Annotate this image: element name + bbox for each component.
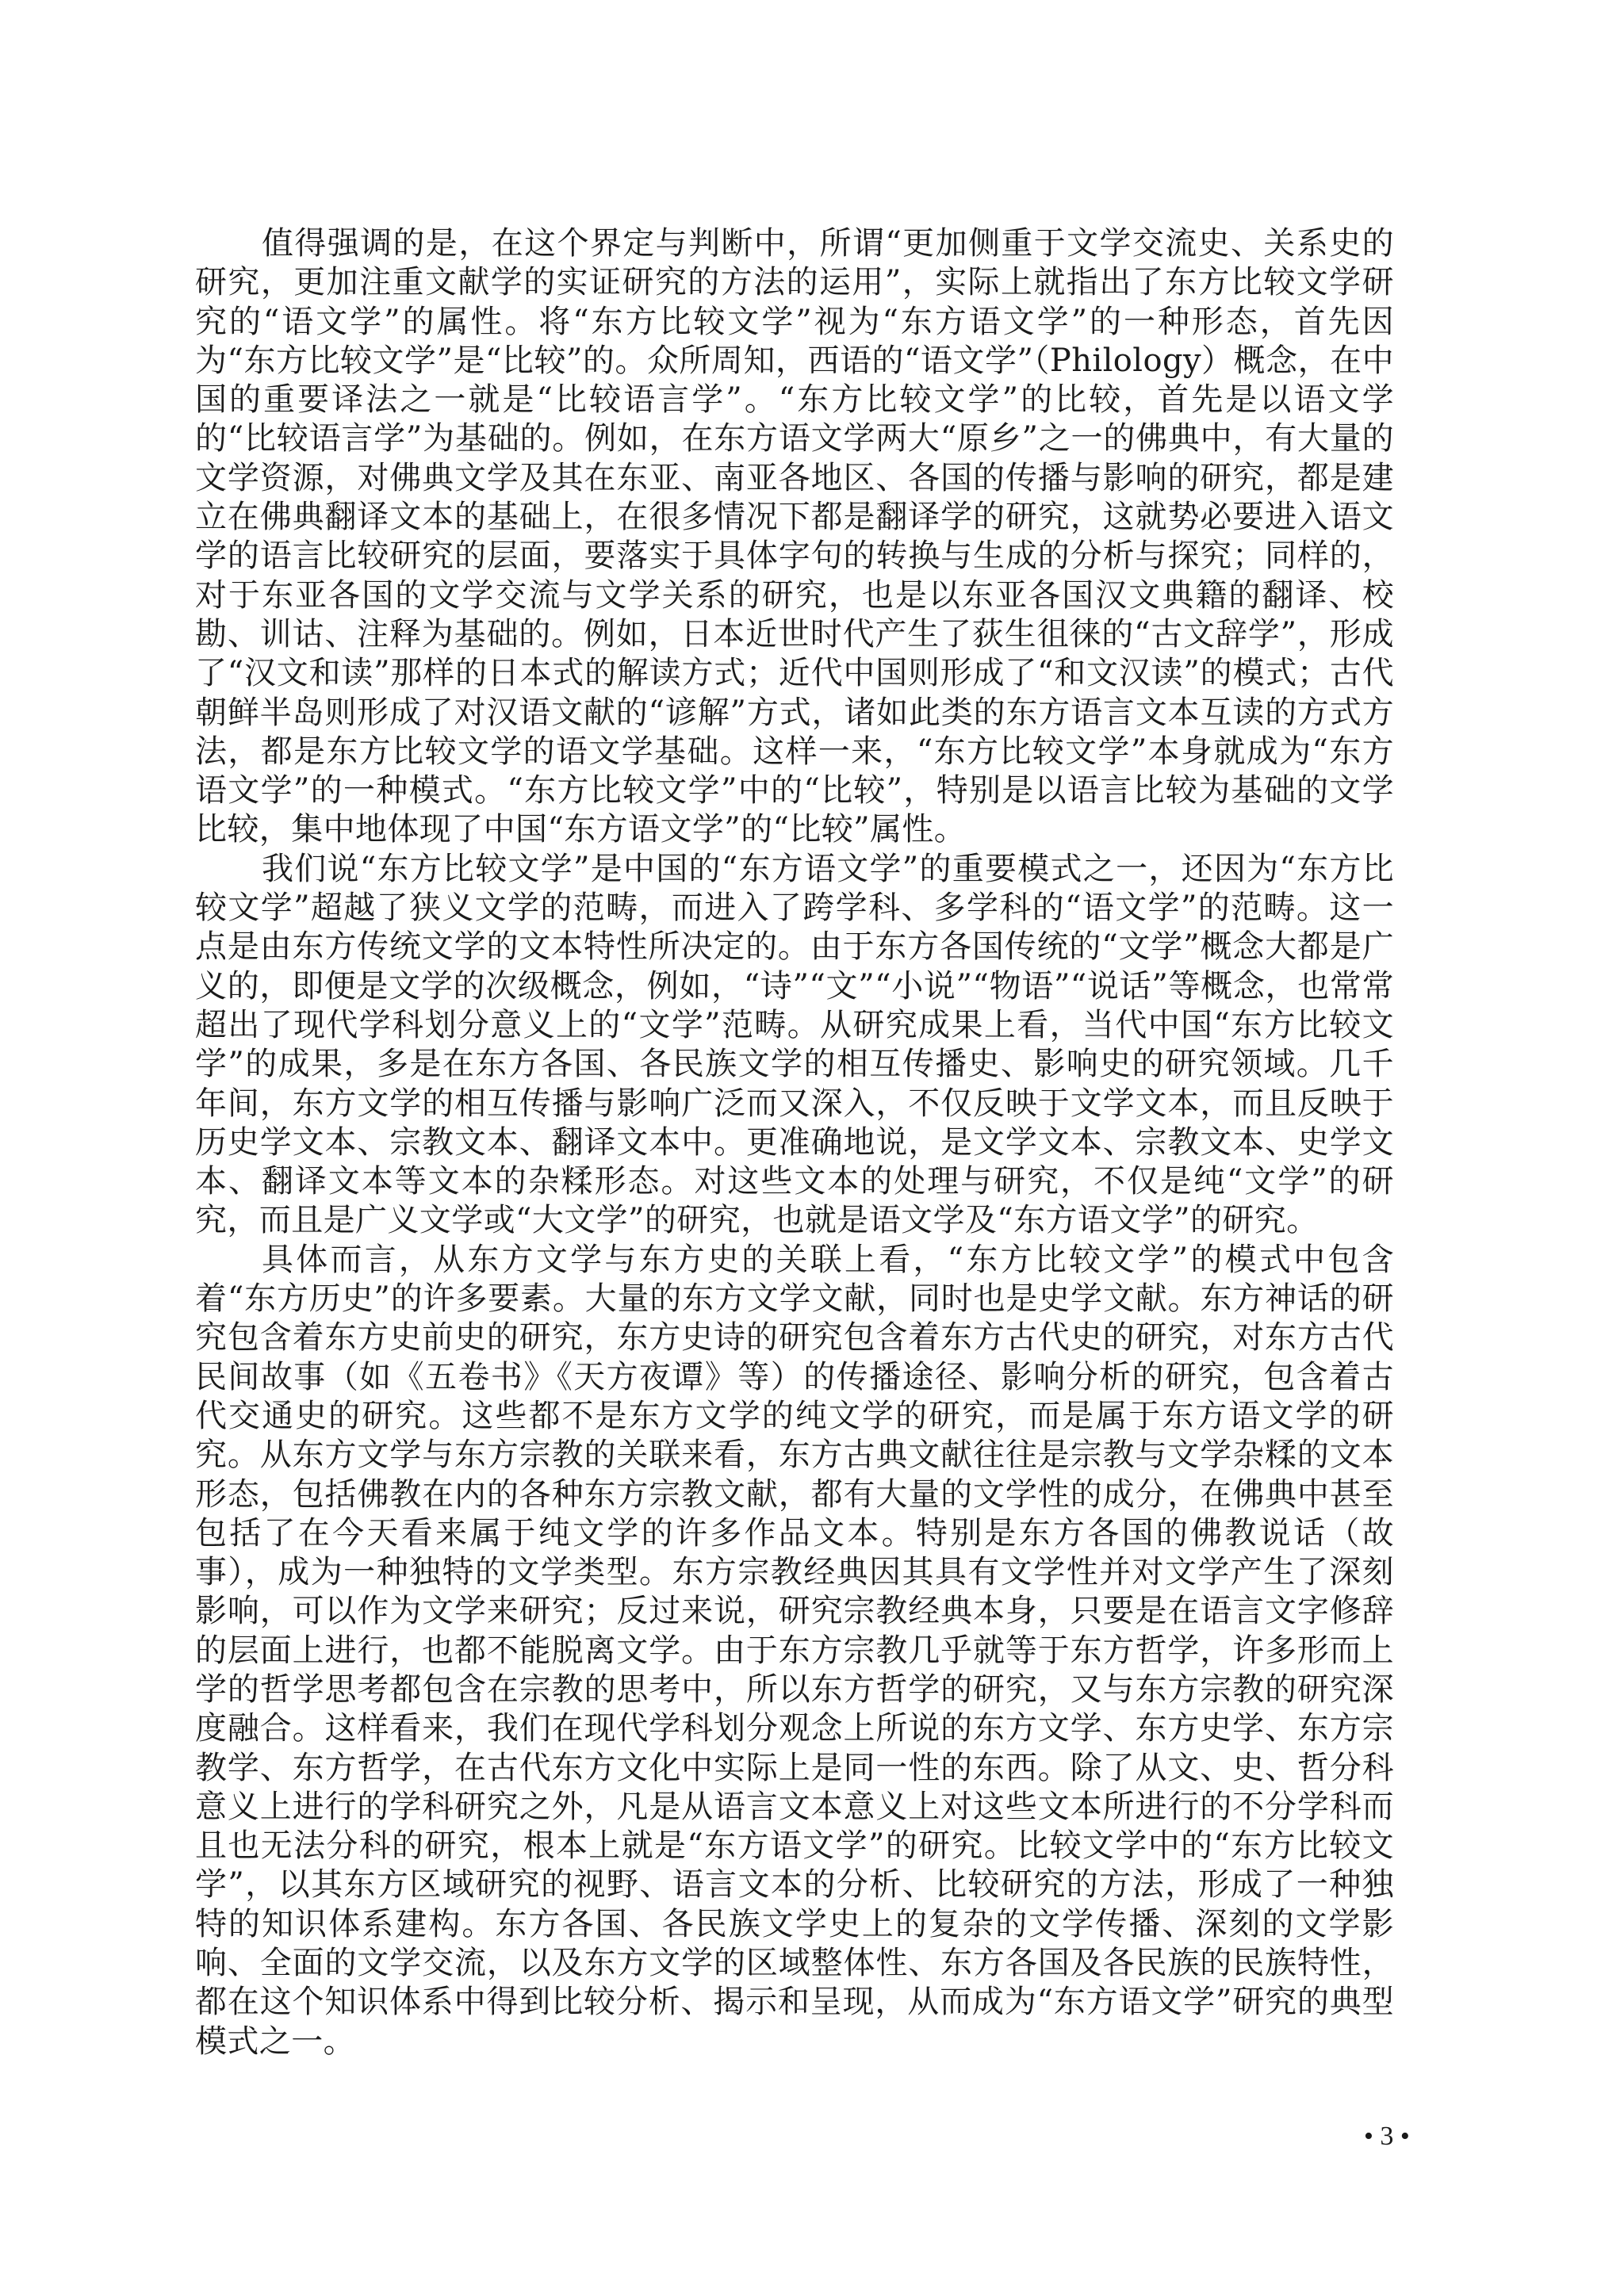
paragraph-2: 我们说“东方比较文学”是中国的“东方语文学”的重要模式之一，还因为“东方比较文学… [195, 850, 1394, 1241]
page-number: • 3 • [1364, 2122, 1410, 2152]
page-body: 值得强调的是，在这个界定与判断中，所谓“更加侧重于文学交流史、关系史的研究，更加… [195, 224, 1394, 2061]
paragraph-1: 值得强调的是，在这个界定与判断中，所谓“更加侧重于文学交流史、关系史的研究，更加… [195, 224, 1394, 850]
paragraph-3: 具体而言，从东方文学与东方史的关联上看，“东方比较文学”的模式中包含着“东方历史… [195, 1241, 1394, 2061]
